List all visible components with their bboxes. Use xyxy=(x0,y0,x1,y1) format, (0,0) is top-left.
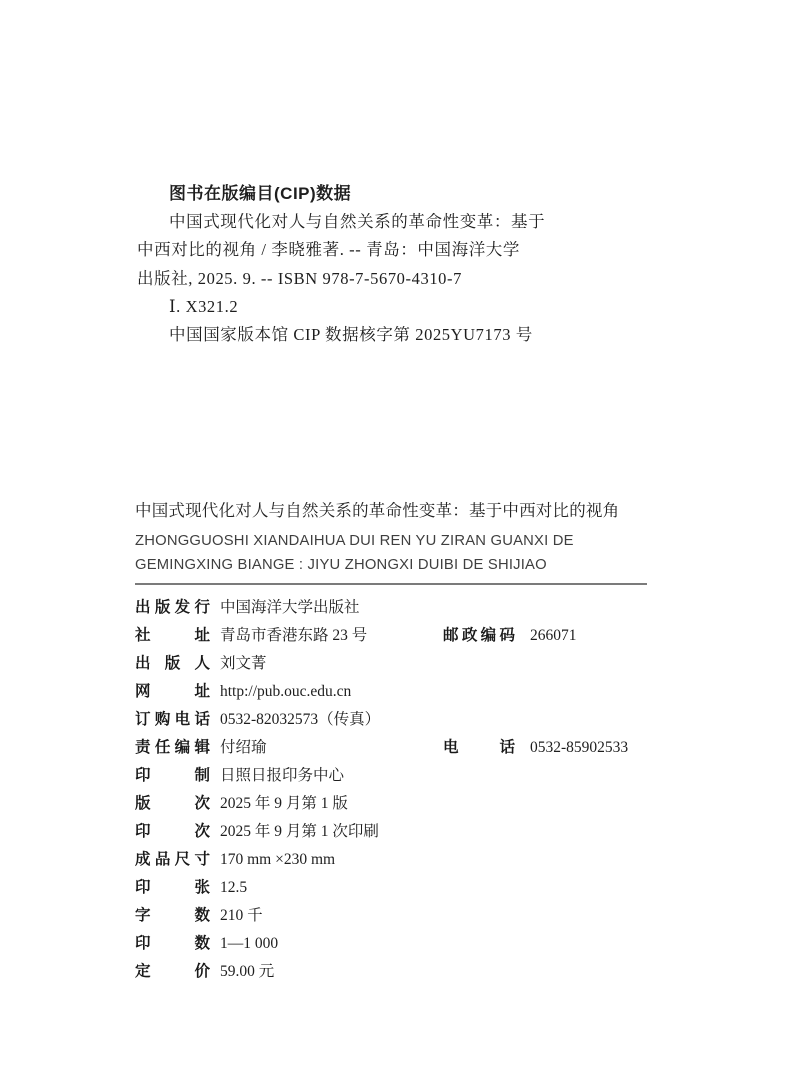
table-row-publisher-person: 出版人 刘文菁 xyxy=(135,650,695,678)
row-label-postcode: 邮政编码 xyxy=(443,622,515,650)
row-label: 出版人 xyxy=(135,650,210,678)
row-label: 责任编辑 xyxy=(135,734,210,762)
row-value-postcode: 266071 xyxy=(530,622,577,650)
row-value-phone: 0532-85902533 xyxy=(530,734,628,762)
row-label: 印制 xyxy=(135,762,210,790)
row-label: 定价 xyxy=(135,958,210,986)
table-row-order-phone: 订购电话 0532-82032573（传真） xyxy=(135,706,695,734)
row-value: 1—1 000 xyxy=(220,930,278,958)
row-label: 网址 xyxy=(135,678,210,706)
table-row-size: 成品尺寸 170 mm ×230 mm xyxy=(135,846,695,874)
row-value: 付绍瑜 xyxy=(220,734,267,762)
row-value: 青岛市香港东路 23 号 xyxy=(220,622,367,650)
row-label: 印次 xyxy=(135,818,210,846)
cip-line-4: Ⅰ. X321.2 xyxy=(137,293,697,321)
row-label: 印张 xyxy=(135,874,210,902)
row-value: 日照日报印务中心 xyxy=(220,762,344,790)
table-row-address: 社址 青岛市香港东路 23 号 邮政编码 266071 xyxy=(135,622,695,650)
table-row-editor: 责任编辑 付绍瑜 电话 0532-85902533 xyxy=(135,734,695,762)
row-label: 字数 xyxy=(135,902,210,930)
row-value: 0532-82032573（传真） xyxy=(220,706,380,734)
row-label: 版次 xyxy=(135,790,210,818)
row-label: 印数 xyxy=(135,930,210,958)
row-value: 210 千 xyxy=(220,902,263,930)
table-row-publisher: 出版发行 中国海洋大学出版社 xyxy=(135,594,695,622)
table-row-edition: 版次 2025 年 9 月第 1 版 xyxy=(135,790,695,818)
table-row-sheets: 印张 12.5 xyxy=(135,874,695,902)
cip-line-5: 中国国家版本馆 CIP 数据核字第 2025YU7173 号 xyxy=(137,321,697,349)
book-copyright-page: 图书在版编目(CIP)数据 中国式现代化对人与自然关系的革命性变革：基于 中西对… xyxy=(0,0,799,1082)
cip-line-1: 中国式现代化对人与自然关系的革命性变革：基于 xyxy=(137,208,697,236)
title-block: 中国式现代化对人与自然关系的革命性变革：基于中西对比的视角 ZHONGGUOSH… xyxy=(135,500,695,577)
table-row-website: 网址 http://pub.ouc.edu.cn xyxy=(135,678,695,706)
book-title-pinyin-line-1: ZHONGGUOSHI XIANDAIHUA DUI REN YU ZIRAN … xyxy=(135,530,695,554)
table-row-price: 定价 59.00 元 xyxy=(135,958,695,986)
row-label-phone: 电话 xyxy=(443,734,515,762)
cip-line-3: 出版社, 2025. 9. -- ISBN 978-7-5670-4310-7 xyxy=(137,265,697,293)
row-value: 2025 年 9 月第 1 次印刷 xyxy=(220,818,379,846)
cip-header: 图书在版编目(CIP)数据 xyxy=(137,179,697,208)
row-value: 59.00 元 xyxy=(220,958,274,986)
row-label: 社址 xyxy=(135,622,210,650)
table-row-word-count: 字数 210 千 xyxy=(135,902,695,930)
cip-block: 图书在版编目(CIP)数据 中国式现代化对人与自然关系的革命性变革：基于 中西对… xyxy=(137,179,697,349)
row-label: 成品尺寸 xyxy=(135,846,210,874)
cip-line-2: 中西对比的视角 / 李晓雅著. -- 青岛：中国海洋大学 xyxy=(137,236,697,264)
table-row-printer: 印制 日照日报印务中心 xyxy=(135,762,695,790)
book-title-pinyin-line-2: GEMINGXING BIANGE : JIYU ZHONGXI DUIBI D… xyxy=(135,554,695,578)
row-value: 中国海洋大学出版社 xyxy=(220,594,360,622)
book-title: 中国式现代化对人与自然关系的革命性变革：基于中西对比的视角 xyxy=(135,500,695,522)
colophon-table: 出版发行 中国海洋大学出版社 社址 青岛市香港东路 23 号 邮政编码 2660… xyxy=(135,594,695,986)
table-row-print-run: 印数 1—1 000 xyxy=(135,930,695,958)
row-value: 170 mm ×230 mm xyxy=(220,846,335,874)
row-value: 12.5 xyxy=(220,874,247,902)
row-value: 刘文菁 xyxy=(220,650,267,678)
row-value: 2025 年 9 月第 1 版 xyxy=(220,790,348,818)
table-row-impression: 印次 2025 年 9 月第 1 次印刷 xyxy=(135,818,695,846)
row-label: 订购电话 xyxy=(135,706,210,734)
row-value-url: http://pub.ouc.edu.cn xyxy=(220,678,351,706)
divider-rule xyxy=(135,583,647,585)
row-label: 出版发行 xyxy=(135,594,210,622)
